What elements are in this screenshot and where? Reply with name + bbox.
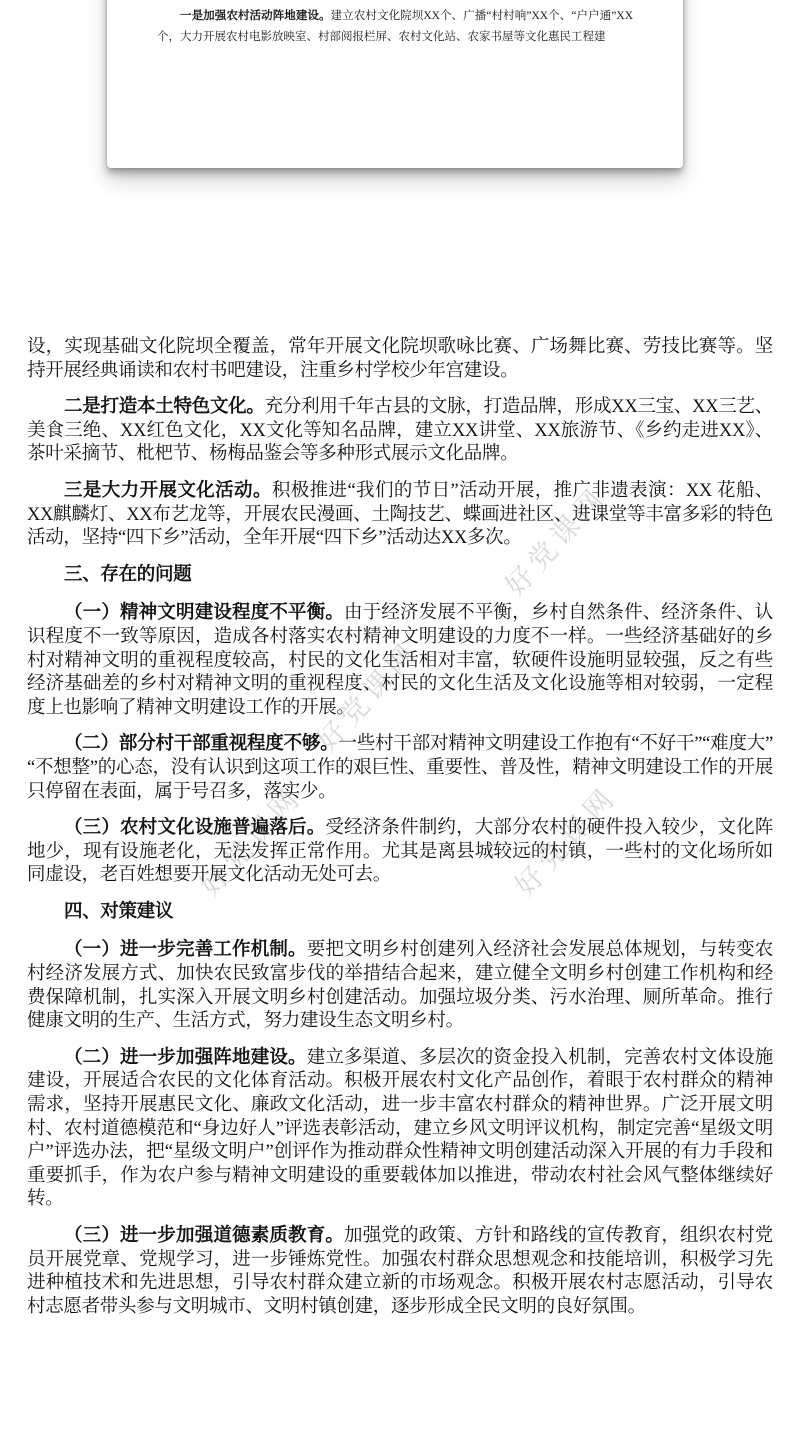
body-paragraph: 设，实现基础文化院坝全覆盖，常年开展文化院坝歌咏比赛、广场舞比赛、劳技比赛等。坚…: [27, 336, 773, 383]
body-paragraph: （一）精神文明建设程度不平衡。由于经济发展不平衡，乡村自然条件、经济条件、认识程…: [27, 602, 773, 720]
paragraph-text: 建立多渠道、多层次的资金投入机制，完善农村文体设施建设，开展适合农民的文化体育活…: [27, 1048, 773, 1210]
section-heading: 三、存在的问题: [27, 564, 773, 588]
document-page-preview-card: 一是加强农村活动阵地建设。建立农村文化院坝XX个、广播“村村响”XX个、“户户通…: [107, 0, 683, 168]
section-heading: 四、对策建议: [27, 901, 773, 925]
body-paragraph: （三）农村文化设施普遍落后。受经济条件制约，大部分农村的硬件投入较少，文化阵地少…: [27, 817, 773, 888]
paragraph-lead: （二）进一步加强阵地建设。: [64, 1048, 307, 1068]
paragraph-lead: （二）部分村干部重视程度不够。: [64, 734, 339, 754]
page-break-paragraph: 一是加强农村活动阵地建设。建立农村文化院坝XX个、广播“村村响”XX个、“户户通…: [157, 6, 633, 48]
paragraph-lead: （三）农村文化设施普遍落后。: [64, 818, 325, 838]
body-paragraph: （三）进一步加强道德素质教育。加强党的政策、方针和路线的宣传教育，组织农村党员开…: [27, 1225, 773, 1319]
paragraph-lead: 三是大力开展文化活动。: [64, 481, 272, 501]
body-paragraph: 二是打造本土特色文化。充分利用千年古县的文脉，打造品牌，形成XX三宝、XX三艺、…: [27, 396, 773, 467]
paragraph-lead: 一是加强农村活动阵地建设。: [180, 10, 331, 22]
paragraph-lead: 二是打造本土特色文化。: [64, 397, 265, 417]
paragraph-lead: （一）精神文明建设程度不平衡。: [64, 603, 344, 623]
body-paragraph: （二）进一步加强阵地建设。建立多渠道、多层次的资金投入机制，完善农村文体设施建设…: [27, 1047, 773, 1212]
paragraph-lead: （一）进一步完善工作机制。: [64, 940, 307, 960]
paragraph-lead: （三）进一步加强道德素质教育。: [64, 1226, 344, 1246]
body-paragraph: （一）进一步完善工作机制。要把文明乡村创建列入经济社会发展总体规划，与转变农村经…: [27, 939, 773, 1033]
body-paragraph: 三是大力开展文化活动。积极推进“我们的节日”活动开展，推广非遗表演：XX 花船、…: [27, 480, 773, 551]
document-body: 设，实现基础文化院坝全覆盖，常年开展文化院坝歌咏比赛、广场舞比赛、劳技比赛等。坚…: [27, 330, 773, 1332]
paragraph-text: 设，实现基础文化院坝全覆盖，常年开展文化院坝歌咏比赛、广场舞比赛、劳技比赛等。坚…: [27, 337, 773, 381]
body-paragraph: （二）部分村干部重视程度不够。一些村干部对精神文明建设工作抱有“不好干”“难度大…: [27, 733, 773, 804]
document-preview-page: 一是加强农村活动阵地建设。建立农村文化院坝XX个、广播“村村响”XX个、“户户通…: [0, 0, 800, 1448]
